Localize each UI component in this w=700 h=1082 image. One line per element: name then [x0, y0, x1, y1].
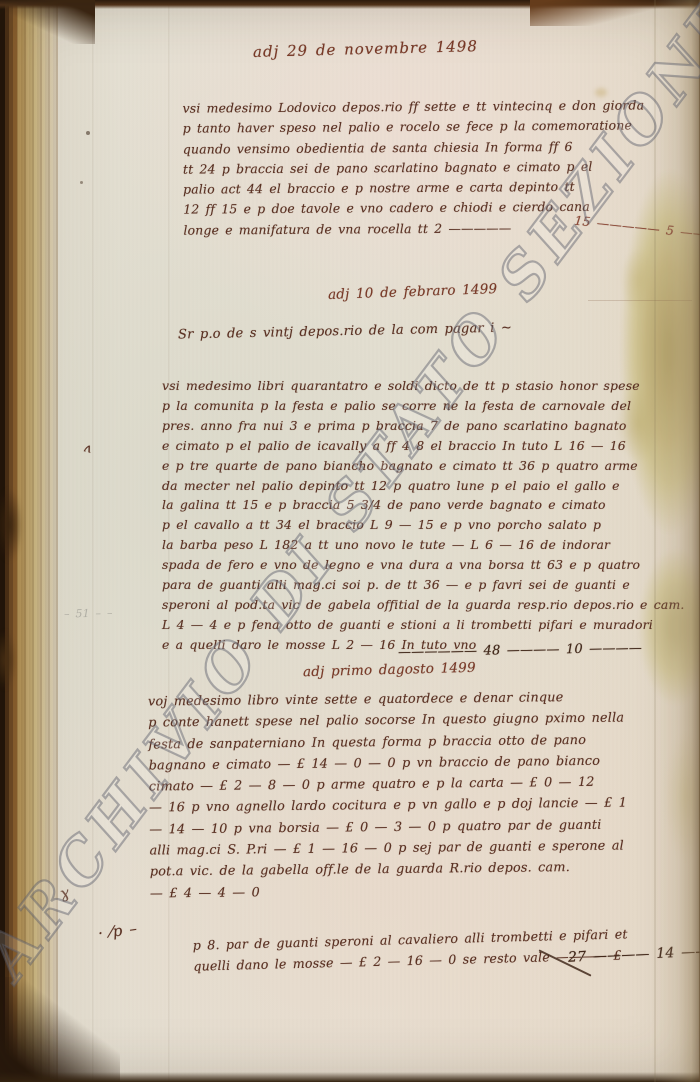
manuscript-photo: adj 29 de novembre 1498 vsi medesimo Lod…	[0, 0, 700, 1082]
photo-vignette	[0, 0, 700, 1082]
